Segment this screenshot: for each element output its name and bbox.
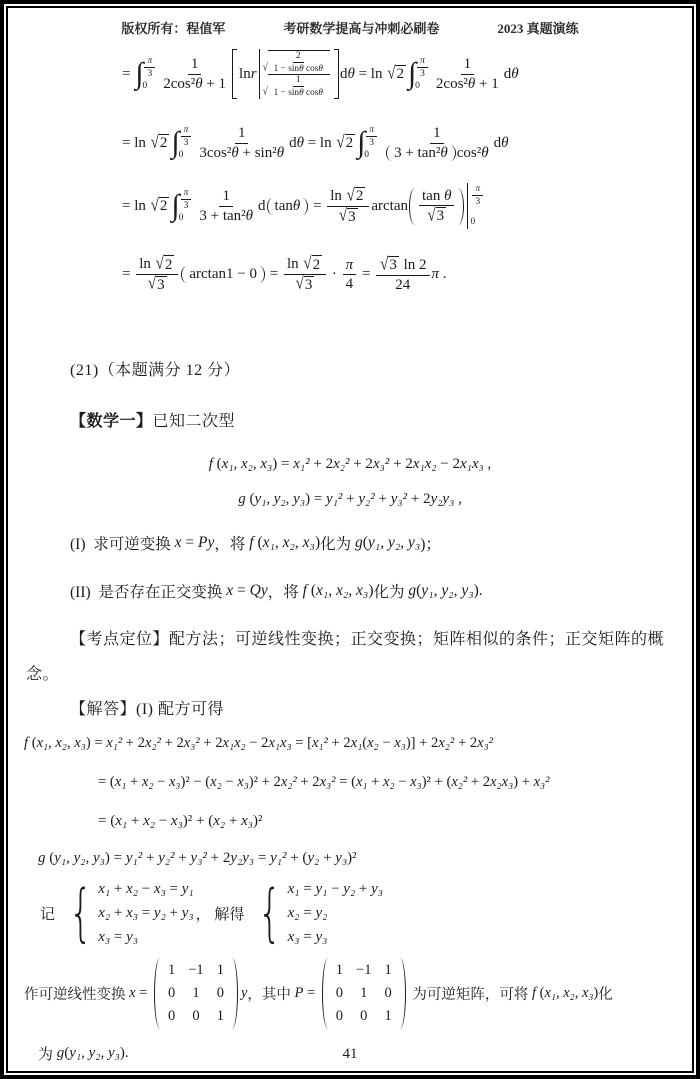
radical-sign-icon: √ [263,87,268,98]
math-var: y₃² [191,850,207,867]
fraction: π3 [417,56,428,80]
math-var: y₁² [326,491,342,508]
math-text: )² + ( [183,813,213,830]
radical-content: 2 [395,65,406,83]
math-var: x₁x₃ [268,735,291,752]
math-var: θ [511,66,518,83]
math-row: π3 [179,188,194,212]
math-var: x₂² [333,456,349,473]
math-var: x₂ [98,905,110,922]
quadratic-form-g: g (y₁, y₂, y₃) = y₁² + y₂² + y₃² + 2y₂y₃… [22,491,678,508]
matrix-cell: 1 [217,962,224,979]
math-text: 1 [191,56,199,72]
integral-bounds: π30 [179,125,194,161]
math-var: y₂ [343,881,355,898]
big-delimiter: 3 + tan²θ [386,145,456,161]
math-text: + [166,905,182,922]
header-edition: 2023 真题演练 [497,18,578,37]
math-var: θ [277,145,284,161]
math-text: 3 [184,138,189,148]
matrix-cell: 0 [384,985,391,1002]
math-var: θ [501,135,508,152]
fraction-denominator: √3 [335,207,362,226]
math-var: y₁² [126,850,142,867]
math-row: 1 [222,188,230,204]
radical-content: 2 [159,197,170,215]
left-paren-icon [267,198,273,215]
math-text: 24 [395,277,410,293]
math-text: 2 [313,257,321,273]
matrix-cell: 0 [168,985,175,1002]
math-row: ln √2 [139,255,175,273]
fraction: 11 − sinθ cosθ [271,75,326,98]
math-text: d [494,135,502,152]
math-text: )] + 2 [406,735,439,752]
math-row: x₁ = y₁ − y₂ + y₃ [288,881,383,898]
math-var: y₂² [158,850,174,867]
radical-content: 2 [164,255,175,273]
radical: √2 [347,187,366,205]
fraction: 12cos²θ + 1 [160,56,229,91]
math-text: 1 [433,125,441,141]
math-var: x₃² [534,774,550,791]
fraction: √3 ln 224 [376,256,429,293]
math-var: Py [198,534,214,552]
integral-bounds: π30 [179,188,194,224]
math-text: 2 [356,188,364,204]
math-row: (II) 是否存在正交变换 x = Qy，将 f (x₁, x₂, x₃)化为 … [70,580,483,602]
math-text: = ln [304,135,335,152]
math-text: 0 [142,82,147,92]
math-text: − [395,774,411,791]
math-text: 2cos² [436,76,468,92]
matrix-left-paren-icon [322,958,328,1029]
radical: √2 [387,65,406,83]
math-text: 1 [222,188,230,204]
subject-text: 已知二次型 [153,413,236,430]
math-text: 2 [396,66,404,83]
math-text: 3 [475,197,480,207]
math-var: y₂ [154,905,166,922]
math-text: )² [253,813,263,830]
math-row: 1 [238,125,246,141]
fraction: π3 [366,125,377,149]
math-text: ln [139,256,154,272]
cases-row: x₁ + x₂ − x₃ = y₁ [98,881,193,898]
question-21-heading: (21)（本题满分 12 分） [70,357,678,380]
math-var: f [24,735,32,752]
math-row: = ln √2∫π3013 + tan²θdtanθ = ln √2√3arct… [122,183,486,229]
right-paren-icon [450,145,456,161]
cases-row: x₂ + x₃ = y₂ + y₃ [98,905,193,922]
math-var: x₃ [169,774,181,791]
math-text: + 2 [349,456,372,473]
integral: ∫π30 [171,125,193,161]
radical-content: 3 [388,256,399,274]
math-row: 3 [184,201,189,211]
math-row: 3 + tan²θ [394,145,448,161]
radical-content: 2 [345,134,356,152]
math-text: − [155,813,171,830]
math-text: 1 [296,75,301,85]
radical-sign-icon: √ [380,256,388,274]
math-text: 2 [165,257,173,273]
fraction-denominator: 24 [392,276,413,293]
math-row: √21 − sinθ cosθ [262,50,331,74]
math-text: ，其中 [247,983,294,1004]
radical: √3 [339,208,358,226]
integral-upper-bound: π3 [179,125,194,149]
subject-tag: 【数学一】 [70,413,153,430]
substitution-systems: 记 {x₁ + x₂ − x₃ = y₁x₂ + x₃ = y₂ + y₃x₃ … [40,881,678,946]
math-var: y₁, y₂, y₃ [254,491,305,508]
matrix: 1−11010001 [322,958,406,1029]
matrix-cell: 0 [168,1008,175,1025]
big-delimiter: arctan1 − 0 [181,266,265,283]
math-text: = ln [355,66,386,83]
math-text: + 2 [207,850,230,867]
math-text: arctan [371,198,408,215]
math-row: 2 [346,135,354,152]
math-row: = ln √2∫π3013cos²θ + sin²θdθ = ln √2∫π30… [122,125,508,161]
math-row: 3cos²θ + sin²θ [199,145,284,161]
math-text: , [454,491,462,508]
fraction-numerator: 1 [188,56,202,74]
evaluation-bar-line [467,183,468,229]
math-var: g [408,582,416,600]
fraction: ln √2√3 [136,255,178,293]
math-text: cos² [457,145,482,161]
math-text: . [439,266,447,283]
math-var: g [238,491,249,508]
math-var: x₃² [184,735,200,752]
math-text: = [ [292,735,312,752]
radical: √21 − sinθ cosθ [263,50,330,74]
radical-content: 2 [312,255,323,273]
math-row: 1 [191,56,199,72]
math-row: f (x₁, x₂, x₃) = x₁² + 2x₂² + 2x₃² + 2x₁… [24,735,493,752]
math-var: P [295,985,304,1002]
math-var: x₁ [115,774,127,791]
math-text: 1 [464,56,472,72]
math-text: 3 + tan² [199,208,245,224]
big-delimiter: tan θ√3 [409,188,464,225]
math-row: 3 [437,208,445,224]
radical-content: 3 [347,208,358,226]
math-text: )² + ( [422,774,452,791]
math-text: + [110,881,126,898]
evaluation-bounds: π30 [470,183,485,229]
math-row: 2cos²θ + 1 [436,76,499,92]
math-var: y₃ [315,929,327,946]
integral: ∫π30 [408,56,430,92]
math-row: √3 [338,208,359,226]
matrix-right-paren-icon [400,958,406,1029]
math-text: 1 [238,125,246,141]
matrix-cell: 1 [217,1008,224,1025]
math-text: 3 [348,209,356,225]
math-var: y₃ [126,929,138,946]
integral-upper-bound: π3 [179,188,194,212]
math-var: x₂ [367,735,379,752]
math-text: + 1 [203,76,226,92]
fraction-numerator: √3 ln 2 [376,256,429,276]
math-var: x₁ [115,813,127,830]
math-var: x₁, x₂, x₃ [263,534,315,552]
fraction: 13 + tan²θ [196,188,256,223]
math-text: 3 [420,69,425,79]
math-var: y₁² [270,850,286,867]
header-copyright: 版权所有：程值军 [121,18,225,37]
math-text: 0 [179,151,184,161]
question-item-1: (I) 求可逆变换 x = Py，将 f (x₁, x₂, x₃)化为 g(y₁… [70,532,678,554]
radical-sign-icon: √ [151,134,159,152]
math-text: + 2 [200,735,223,752]
radical-sign-icon: √ [347,187,355,205]
math-var: y₁ [315,881,327,898]
left-paren-icon [386,145,392,161]
math-text: + 2 [122,735,145,752]
math-text: ln 2 [400,257,427,273]
math-row: f (x₁, x₂, x₃) = x₁² + 2x₂² + 2x₃² + 2x₁… [209,456,492,473]
integral-lower-bound: 0 [179,214,194,224]
math-text: = [233,582,250,600]
radical-sign-icon: √ [387,65,395,83]
fraction-denominator: 3 + tan²θcos²θ [382,144,492,161]
math-row: 0 [470,218,475,227]
big-delimiter: lnr√21 − sinθ cosθ√11 − sinθ cosθ [232,49,339,99]
math-var: f [303,582,311,600]
evaluation-lower-bound: 0 [470,218,485,228]
math-var: x₂ [143,813,155,830]
math-text: 1 − sin [274,88,299,98]
math-text: 化 [598,983,613,1004]
math-row: π [369,125,374,135]
evaluation-lower-bound: √11 − sinθ cosθ [262,74,331,98]
radical-content: 3 [436,207,447,225]
fraction-denominator: √3 [423,206,450,225]
header-volume-title: 考研数学提高与冲刺必刷卷 [283,18,439,37]
math-text: + [342,491,358,508]
math-text: 2 [160,198,168,215]
math-text: + [126,774,142,791]
math-row: 0 [179,151,184,161]
math-row: 1 [464,56,472,72]
math-var: y₃ [371,881,383,898]
math-row: 0 [142,82,147,92]
math-var: x [226,582,233,600]
fraction-denominator: 3 + tan²θ [196,207,256,224]
fraction: π3 [144,56,155,80]
left-paren-icon [181,266,187,283]
math-var: θ [468,76,475,92]
math-row: 2 [313,257,321,273]
radical: √2 [336,134,355,152]
math-row: π [346,257,354,273]
radical-content: 11 − sinθ cosθ [268,74,330,98]
math-var: x₃ [154,881,166,898]
radical: √3 [296,276,315,294]
matrix-cell: −1 [356,962,371,979]
evaluation-bar-line [259,49,260,99]
math-text: d [289,135,297,152]
math-text: d [340,66,348,83]
math-var: x₃ [288,929,300,946]
math-text: + 2 [328,735,351,752]
math-var: y₂y₃ [431,491,455,508]
fraction: 13cos²θ + sin²θ [196,125,287,160]
math-row: 1 − sinθ cosθ [274,64,323,74]
math-var: f [532,985,540,1002]
math-text: tan [422,188,444,204]
math-row: x₂ = y₂ [288,905,328,922]
math-row: 2 [165,257,173,273]
math-row: 3 [389,257,397,273]
radical-content: 3 [304,276,315,294]
math-row: 3 + tan²θcos²θ [385,145,489,161]
math-text: 3 [369,138,374,148]
left-bracket-icon [232,49,237,99]
math-row: π3 [415,56,430,80]
matrix-cell: 0 [360,1008,367,1025]
math-text: = ( [336,774,356,791]
matrix-cell: 1 [192,985,199,1002]
math-row: (I) 求可逆变换 x = Py，将 f (x₁, x₂, x₃)化为 g(y₁… [70,532,441,554]
solution-equation-1: f (x₁, x₂, x₃) = x₁² + 2x₂² + 2x₃² + 2x₁… [24,735,678,752]
math-row: π [475,184,480,194]
solution-equation-4: g (y₁, y₂, y₃) = y₁² + y₂² + y₃² + 2y₂y₃… [38,850,678,867]
math-row: g (y₁, y₂, y₃) = y₁² + y₂² + y₃² + 2y₂y₃… [38,850,357,867]
math-var: x₁, x₂, x₃ [544,985,593,1002]
math-text: ) = [105,850,126,867]
equation-line-2: = ln √2∫π3013cos²θ + sin²θdθ = ln √2∫π30… [122,125,678,161]
math-var: y₁, y₂, y₃ [54,850,105,867]
radical-sign-icon: √ [427,207,435,225]
matrix-grid: 1−11010001 [330,958,398,1029]
integral-bounds: π30 [142,56,157,92]
math-row: 1 [433,125,441,141]
cases-system: {x₁ = y₁ − y₂ + y₃x₂ = y₂x₃ = y₃ [250,881,383,946]
math-var: y₃² [391,491,407,508]
integral-lower-bound: 0 [179,151,194,161]
math-var: θ [246,208,253,224]
math-row: π [420,56,425,66]
fraction: π4 [343,257,357,292]
math-text: = [136,985,151,1002]
math-var: x₂x₃ [490,774,513,791]
math-row: tan θ [422,188,451,204]
math-row: 3 [475,197,480,207]
matrix-cell: 1 [384,1008,391,1025]
math-var: y₁, y₂, y₃ [368,534,420,552]
math-text: 3 [305,277,313,293]
math-var: g [38,850,49,867]
math-row: 3 [348,209,356,225]
math-var: θ [293,198,300,215]
math-text: = [122,266,134,283]
math-row: 2 [296,51,301,61]
math-row: ln √2 [330,187,366,205]
fraction-numerator: 2 [293,51,304,63]
math-var: x₁ [351,735,363,752]
math-var: x₂ [126,881,138,898]
math-row: 2 [160,135,168,152]
math-text: = [254,850,270,867]
math-text: = [358,266,374,283]
math-var: x₂ [210,774,222,791]
math-var: r [251,66,257,83]
math-text: ) = [272,456,293,473]
fraction-numerator: π [181,125,192,137]
fraction-numerator: ln √2 [327,187,369,207]
math-row: arctan1 − 0 [189,266,257,283]
matrix-cell: 1 [384,962,391,979]
math-text: − [327,881,343,898]
fraction-numerator: 1 [235,125,249,143]
integral-lower-bound: 0 [364,151,379,161]
matrix-right-paren-icon [232,958,238,1029]
math-text: 为可逆矩阵，可将 [409,983,532,1004]
math-row: x₂ + x₃ = y₂ + y₃ [98,905,193,922]
math-row: 0 [415,82,420,92]
math-text: 3 [389,257,397,273]
math-var: y₂ [315,905,327,922]
radical-sign-icon: √ [336,134,344,152]
math-text: ) = [86,735,106,752]
radical-content: 21 − sinθ cosθ [268,50,330,74]
math-var: x₃² [477,735,493,752]
math-var: x₂ [142,774,154,791]
math-row: √3 ln 2 [379,256,426,274]
math-var: θ [231,145,238,161]
math-var: x₁² [312,735,328,752]
math-text: − [379,735,395,752]
math-text: + [175,850,191,867]
math-var: θ [481,145,488,161]
math-var: x₂² [438,735,454,752]
math-var: x₁, x₂, x₃ [316,582,368,600]
math-text: + 2 [310,456,333,473]
fraction: tan θ√3 [419,188,454,225]
math-var: θ [440,145,447,161]
math-text: (I) 求可逆变换 [70,532,175,554]
integral-bounds: π30 [364,125,379,161]
math-row: 3 [369,138,374,148]
math-var: x₁x₃ [460,456,484,473]
math-var: x₁² [106,735,122,752]
math-text: arctan1 − 0 [189,266,257,283]
cases-row: x₁ = y₁ − y₂ + y₃ [288,881,383,898]
matrix-cell: 0 [217,985,224,1002]
fraction-denominator: 1 − sinθ cosθ [271,87,326,98]
right-paren-icon [302,198,308,215]
fraction-denominator: 4 [343,275,357,292]
integral: ∫π30 [357,125,379,161]
math-text: ln [330,188,345,204]
fraction-denominator: 3 [417,68,428,79]
math-var: π [184,125,189,135]
math-text: 0 [470,218,475,227]
math-text: 3cos² [199,145,231,161]
math-var: π [147,56,152,66]
math-text: − [138,881,154,898]
page-header: 版权所有：程值军 考研数学提高与冲刺必刷卷 2023 真题演练 [22,18,678,37]
page-content: 版权所有：程值军 考研数学提高与冲刺必刷卷 2023 真题演练 = ∫π3012… [8,8,692,1071]
math-text: + 2 [297,774,320,791]
integral: ∫π30 [171,188,193,224]
math-text: )² + 2 [249,774,281,791]
math-row: 21 − sinθ cosθ [269,51,328,74]
